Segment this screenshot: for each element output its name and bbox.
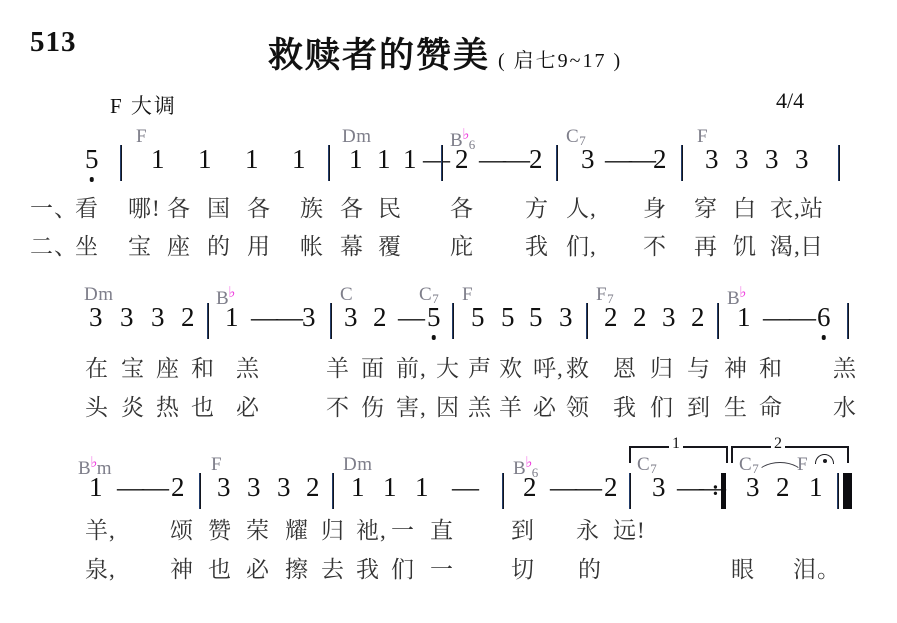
note: 3 [277,474,291,501]
lyric-syllable: 热 [156,394,180,422]
note: 2 [776,474,790,501]
lyric-syllable: 头 [85,394,109,422]
lyric-syllable: 大 [436,355,460,383]
time-signature: 4/4 [776,88,804,114]
lyric-syllable: 白 [733,195,757,223]
lyric-syllable: 宝 [121,355,145,383]
lyric-syllable: 国 [207,195,231,223]
lyric-syllable: 切 [511,556,535,584]
chord-label: F [797,455,808,474]
note-dash: — [251,304,278,331]
lyric-syllable: 神 [724,355,748,383]
note-dash: — [398,304,425,331]
note: 1 [198,146,212,173]
lyric-syllable: 再 [694,233,718,261]
note-dash: — [789,304,816,331]
chord-label: F [136,127,147,146]
lyric-syllable: 伤 [361,394,385,422]
lyric-syllable: 害, [396,394,427,422]
note: 2 [604,474,618,501]
note: 1 [292,146,306,173]
lyric-syllable: 荣 [246,517,270,545]
lyric-syllable: 渴, [770,233,801,261]
lyric-syllable: 归 [321,517,345,545]
barline [207,303,209,339]
lyric-syllable: 泪。 [793,556,841,584]
note: 3 [247,474,261,501]
lyric-syllable: 哪! [128,195,161,223]
note-dash: — [117,474,144,501]
lyric-syllable: 座 [156,355,180,383]
lyrics-row-5: 羊,颂赞荣耀归祂,一直到永远! [0,517,897,547]
lyric-syllable: 必 [533,394,557,422]
note: 2 [306,474,320,501]
lyric-syllable: 到 [511,517,535,545]
barline [837,473,839,509]
lyric-syllable: 羔 [833,355,857,383]
lyric-syllable: 命 [759,394,783,422]
note: 2 [691,304,705,331]
page-title: 救赎者的赞美( 启七9~17 ) [268,28,622,78]
lyric-syllable: 各 [450,195,474,223]
note: 2 [604,304,618,331]
note: 6 [817,304,831,331]
lyric-syllable: 一 [391,517,415,545]
lyric-syllable: 各 [167,195,191,223]
key-signature: F 大调 [110,90,177,120]
note: 1 [245,146,259,173]
note: 5 [501,304,515,331]
lyric-syllable: 座 [167,233,191,261]
lyric-syllable: 颂 [170,517,194,545]
song-title: 救赎者的赞美 [268,36,490,75]
barline [441,145,443,181]
lyric-syllable: 不 [326,394,350,422]
barline [847,303,849,339]
lyric-syllable: 必 [246,556,270,584]
lyric-syllable: 在 [85,355,109,383]
lyric-syllable: 耀 [285,517,309,545]
lyric-syllable: 宝 [128,233,152,261]
lyric-syllable: 坐 [75,233,99,261]
note: 3 [217,474,231,501]
note: 1 [351,474,365,501]
lyrics-row-4: 头炎热也必不伤害,因羔羊必领我们到生命水 [0,394,897,424]
note-dash: — [575,474,602,501]
thick-barline [843,473,852,509]
barline [120,145,122,181]
note: 2 [373,304,387,331]
note: 3 [89,304,103,331]
lyric-syllable: 帐 [300,233,324,261]
note: 5 [471,304,485,331]
lyric-syllable: 炎 [121,394,145,422]
lyric-syllable: 神 [170,556,194,584]
lyric-syllable: 我 [613,394,637,422]
note: 1 [349,146,363,173]
barline [586,303,588,339]
lyric-syllable: 直 [430,517,454,545]
lyric-syllable: 方 [525,195,549,223]
lyric-syllable: 救 [566,355,590,383]
note-dash: — [479,146,506,173]
note: 3 [559,304,573,331]
lyric-syllable: 羊 [326,355,350,383]
note: 1 [89,474,103,501]
note: 2 [529,146,543,173]
barline [452,303,454,339]
lyric-syllable: 们, [566,233,597,261]
lyric-syllable: 和 [191,355,215,383]
note: 3 [735,146,749,173]
note: 1 [415,474,429,501]
lyric-syllable: 幕 [340,233,364,261]
note-dash: — [605,146,632,173]
note-dash: — [763,304,790,331]
lyric-syllable: 擦 [285,556,309,584]
lyric-syllable: 永 [576,517,600,545]
note: 1 [809,474,823,501]
note: 1 [377,146,391,173]
note: 3 [151,304,165,331]
lyric-syllable: 羔 [236,355,260,383]
lyric-syllable: 和 [759,355,783,383]
lyrics-row-1: 一、看哪!各国各族各民各方人,身穿白衣,站 [0,195,897,225]
note: 3 [652,474,666,501]
note: 1 [403,146,417,173]
note: 5 [529,304,543,331]
note: 3 [120,304,134,331]
lyric-syllable: 衣, [770,195,801,223]
lyric-syllable: 声 [468,355,492,383]
lyric-syllable: 穿 [694,195,718,223]
note: 3 [705,146,719,173]
hymn-number: 513 [30,26,77,59]
barline [629,473,631,509]
lyric-syllable: 眼 [731,556,755,584]
lyric-syllable: 羔 [468,394,492,422]
ending-number: 1 [669,436,683,452]
lyric-syllable: 站 [800,195,824,223]
note: 2 [523,474,537,501]
lyric-syllable: 羊, [85,517,116,545]
lyric-syllable: 日 [800,233,824,261]
lyric-syllable: 庇 [450,233,474,261]
lyric-syllable: 们 [391,556,415,584]
lyric-syllable: 赞 [208,517,232,545]
lyric-syllable: 我 [356,556,380,584]
lyric-syllable: 饥 [733,233,757,261]
barline [199,473,201,509]
lyric-syllable: 生 [724,394,748,422]
lyric-syllable: 到 [687,394,711,422]
lyric-syllable: 面 [361,355,385,383]
lyric-syllable: 的 [578,556,602,584]
lyric-syllable: 不 [643,233,667,261]
barline [717,303,719,339]
note-dash: — [276,304,303,331]
note: 5 [85,146,99,173]
lyric-syllable: 一、 [30,195,78,223]
lyric-syllable: 族 [300,195,324,223]
sheet-page: 513 救赎者的赞美( 启七9~17 ) F 大调 4/4 5F1111Dm11… [0,0,897,623]
lyric-syllable: 呼, [533,355,564,383]
lyric-syllable: 我 [525,233,549,261]
note: 1 [383,474,397,501]
lyric-syllable: 归 [650,355,674,383]
lyric-syllable: 二、 [30,233,78,261]
barline [332,473,334,509]
lyric-syllable: 身 [643,195,667,223]
lyric-syllable: 与 [687,355,711,383]
note: 3 [344,304,358,331]
note-dash: — [142,474,169,501]
note: 3 [765,146,779,173]
lyric-syllable: 各 [340,195,364,223]
note: 2 [633,304,647,331]
lyric-syllable: 祂, [356,517,387,545]
lyric-syllable: 必 [236,394,260,422]
thick-barline [721,473,726,509]
lyric-syllable: 领 [566,394,590,422]
barline [838,145,840,181]
note: 1 [737,304,751,331]
lyric-syllable: 各 [247,195,271,223]
note-dash: — [503,146,530,173]
note: 2 [653,146,667,173]
note: 1 [225,304,239,331]
note: 3 [302,304,316,331]
lyric-syllable: 覆 [378,233,402,261]
note-dash: — [452,474,479,501]
note-dash: — [423,146,450,173]
lyric-syllable: 水 [833,394,857,422]
note: 2 [181,304,195,331]
lyric-syllable: 因 [436,394,460,422]
note-dash: — [550,474,577,501]
note: 5 [427,304,441,331]
note: 3 [795,146,809,173]
lyric-syllable: 欢 [499,355,523,383]
note: 3 [581,146,595,173]
note-dash: — [629,146,656,173]
lyric-syllable: 也 [208,556,232,584]
lyric-syllable: 看 [75,195,99,223]
lyric-syllable: 们 [650,394,674,422]
note: 3 [662,304,676,331]
lyric-syllable: 前, [396,355,427,383]
barline [502,473,504,509]
lyric-syllable: 远! [613,517,646,545]
lyric-syllable: 用 [247,233,271,261]
lyric-syllable: 人, [566,195,597,223]
note: 1 [151,146,165,173]
lyrics-row-3: 在宝座和羔羊面前,大声欢呼,救恩归与神和羔 [0,355,897,385]
lyric-syllable: 一 [430,556,454,584]
barline [328,145,330,181]
barline [330,303,332,339]
barline [681,145,683,181]
note: 3 [746,474,760,501]
lyric-syllable: 恩 [613,355,637,383]
note: 2 [171,474,185,501]
lyric-syllable: 民 [378,195,402,223]
lyric-syllable: 也 [191,394,215,422]
lyric-syllable: 羊 [499,394,523,422]
scripture-reference: ( 启七9~17 ) [498,50,622,72]
lyric-syllable: 泉, [85,556,116,584]
lyrics-row-2: 二、坐宝座的用帐幕覆庇我们,不再饥渴,日 [0,233,897,263]
lyrics-row-6: 泉,神也必擦去我们一切的眼泪。 [0,556,897,586]
barline [556,145,558,181]
ending-number: 2 [771,436,785,452]
repeat-colon: : [712,476,719,501]
lyric-syllable: 去 [321,556,345,584]
lyric-syllable: 的 [207,233,231,261]
note: 2 [455,146,469,173]
